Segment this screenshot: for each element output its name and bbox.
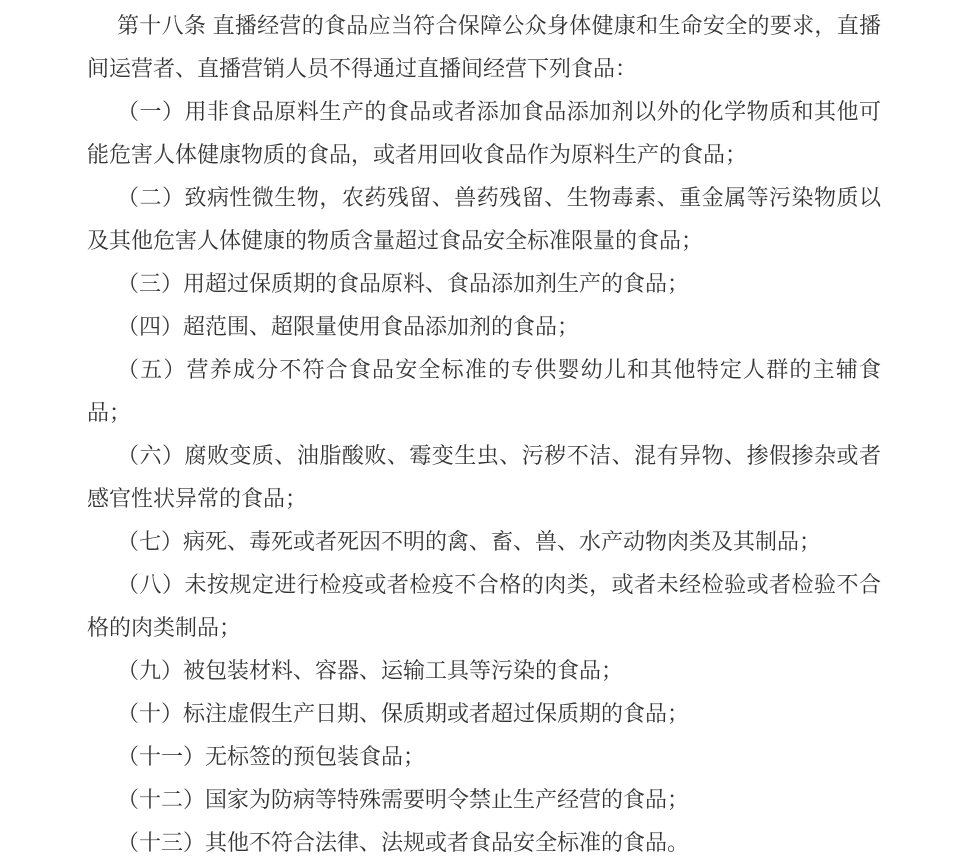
article-item-3: （三）用超过保质期的食品原料、食品添加剂生产的食品； (87, 262, 881, 305)
article-18-body: 第十八条 直播经营的食品应当符合保障公众身体健康和生命安全的要求，直播间运营者、… (87, 4, 881, 864)
article-item-2: （二）致病性微生物，农药残留、兽药残留、生物毒素、重金属等污染物质以及其他危害人… (87, 176, 881, 262)
article-item-8: （八）未按规定进行检疫或者检疫不合格的肉类，或者未经检验或者检验不合格的肉类制品… (87, 563, 881, 649)
article-item-12: （十二）国家为防病等特殊需要明令禁止生产经营的食品； (87, 778, 881, 821)
article-item-4: （四）超范围、超限量使用食品添加剂的食品； (87, 305, 881, 348)
article-item-7: （七）病死、毒死或者死因不明的禽、畜、兽、水产动物肉类及其制品； (87, 520, 881, 563)
article-item-10: （十）标注虚假生产日期、保质期或者超过保质期的食品； (87, 692, 881, 735)
article-item-13: （十三）其他不符合法律、法规或者食品安全标准的食品。 (87, 821, 881, 864)
article-item-11: （十一）无标签的预包装食品； (87, 735, 881, 778)
article-item-9: （九）被包装材料、容器、运输工具等污染的食品； (87, 649, 881, 692)
article-item-1: （一）用非食品原料生产的食品或者添加食品添加剂以外的化学物质和其他可能危害人体健… (87, 90, 881, 176)
article-item-5: （五）营养成分不符合食品安全标准的专供婴幼儿和其他特定人群的主辅食品； (87, 348, 881, 434)
document-page: 第十八条 直播经营的食品应当符合保障公众身体健康和生命安全的要求，直播间运营者、… (0, 0, 970, 865)
article-intro-paragraph: 第十八条 直播经营的食品应当符合保障公众身体健康和生命安全的要求，直播间运营者、… (87, 4, 881, 90)
article-item-6: （六）腐败变质、油脂酸败、霉变生虫、污秽不洁、混有异物、掺假掺杂或者感官性状异常… (87, 434, 881, 520)
